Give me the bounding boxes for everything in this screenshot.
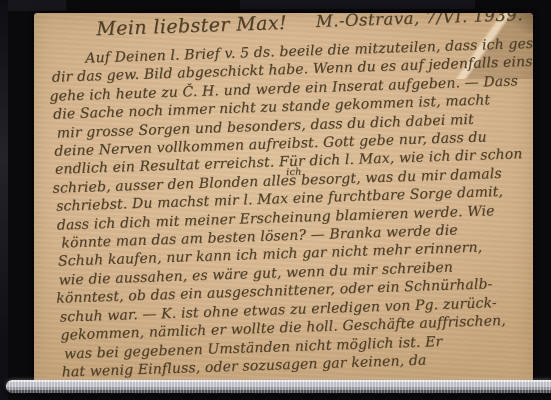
background-shadow-band [0, 0, 66, 11]
letter-body: Auf Deinen l. Brief v. 5 ds. beeile die … [45, 35, 533, 382]
sleeve-bottom-edge [6, 380, 551, 393]
postcard: Mein liebster Max! M.-Ostrava, 7/VI. 193… [34, 13, 533, 386]
handwritten-text: Mein liebster Max! M.-Ostrava, 7/VI. 193… [44, 13, 533, 382]
place-date-line: M.-Ostrava, 7/VI. 1939. [315, 13, 523, 31]
background-shadow-band [240, 0, 475, 9]
sleeve-left-edge [0, 0, 8, 400]
interlinear-insertion: ich [286, 167, 302, 179]
scanned-postcard-photo: Mein liebster Max! M.-Ostrava, 7/VI. 193… [0, 0, 551, 400]
salutation: Mein liebster Max! [96, 13, 287, 40]
